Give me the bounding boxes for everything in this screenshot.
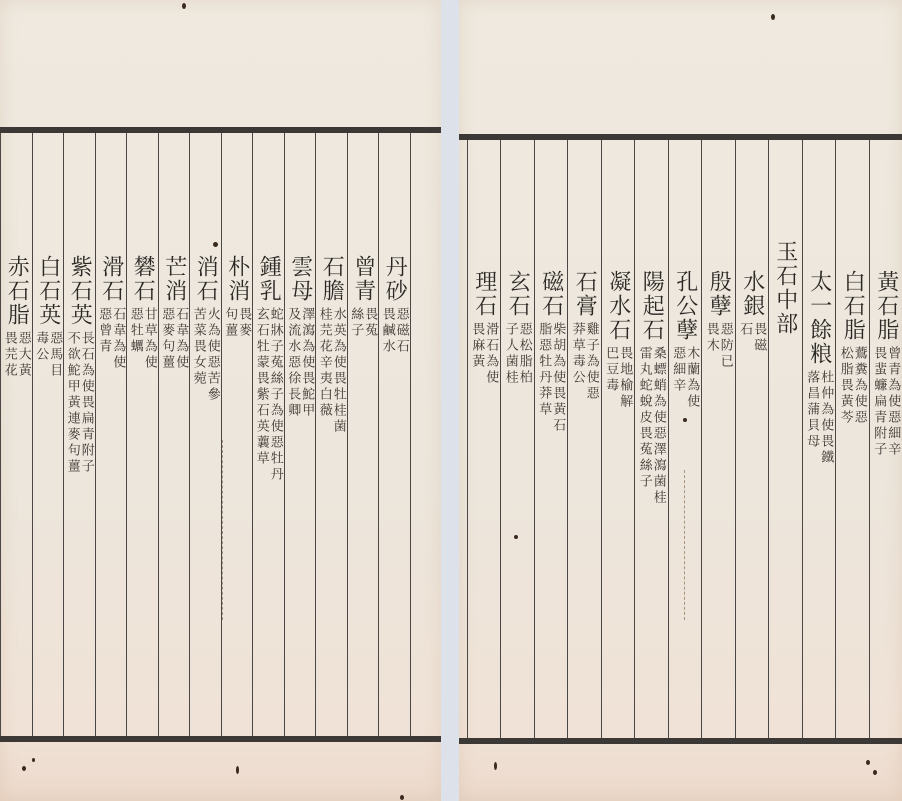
entry-annotation: 石韋為使惡曾青 <box>97 307 124 371</box>
annotation-line: 子人菌桂 <box>504 322 517 386</box>
entry-name: 紫石英 <box>68 255 90 327</box>
left-page: 丹砂惡磁石畏鹹水曾青畏菟絲子石膽水英為使畏牡桂菌桂芫花辛夷白薇雲母澤瀉為使畏鮀甲… <box>0 0 441 801</box>
materia-medica-entry: 石膏雞子為使惡莽草毒公 <box>571 270 598 402</box>
materia-medica-entry: 丹砂惡磁石畏鹹水 <box>381 255 408 355</box>
annotation-line: 絲子 <box>349 307 362 339</box>
text-column: 白石英惡馬目毒公 <box>32 133 64 736</box>
text-column: 滑石石韋為使惡曾青 <box>95 133 127 736</box>
annotation-line: 惡馬目 <box>48 331 61 379</box>
entry-name: 赤石脂 <box>5 255 27 327</box>
materia-medica-entry: 凝水石畏地榆解巴豆毒 <box>604 270 631 410</box>
entry-name: 丹砂 <box>383 255 405 303</box>
text-column: 磁石柴胡為使畏黃石脂惡牡丹莽草 <box>534 140 568 738</box>
annotation-line: 惡麥句薑 <box>160 307 173 371</box>
entry-annotation: 木蘭為使惡細辛 <box>671 346 698 410</box>
annotation-line: 惡曾青 <box>97 307 110 371</box>
annotation-line: 畏木 <box>705 322 718 370</box>
text-column: 赤石脂惡大黃畏芫花 <box>0 133 32 736</box>
right-page-frame: 黃石脂曾青為使惡細辛畏蜚蠊扁青附子白石脂鷰糞為使惡松脂畏黃芩太一餘粮杜仲為使畏鐵… <box>459 134 902 744</box>
entry-name: 孔公孽 <box>674 270 696 342</box>
annotation-line: 澤瀉為使畏鮀甲 <box>300 307 313 419</box>
entry-annotation: 惡大黃畏芫花 <box>3 331 30 379</box>
materia-medica-entry: 消石火為使惡苦參苦菜畏女菀 <box>192 255 219 403</box>
entry-annotation: 畏地榆解巴豆毒 <box>604 346 631 410</box>
entry-name: 石膽 <box>320 255 342 303</box>
annotation-line: 甘草為使 <box>143 307 156 371</box>
annotation-line: 畏菟 <box>363 307 376 339</box>
entry-annotation: 惡馬目毒公 <box>34 331 61 379</box>
materia-medica-entry: 赤石脂惡大黃畏芫花 <box>3 255 30 379</box>
entry-name: 石膏 <box>573 270 595 318</box>
text-column: 太一餘粮杜仲為使畏鐵落昌蒲貝母 <box>802 140 836 738</box>
ink-spot <box>32 758 35 762</box>
entry-name: 玄石 <box>506 270 528 318</box>
annotation-line: 蛇牀子菟絲子為使惡牡丹 <box>269 307 282 483</box>
annotation-line: 及流水惡徐長卿 <box>286 307 299 419</box>
materia-medica-entry: 水銀畏磁石 <box>738 270 765 354</box>
book-gutter <box>441 0 459 801</box>
annotation-line: 長石為使畏扁青附子 <box>80 331 93 475</box>
annotation-line: 毒公 <box>34 331 47 379</box>
entry-annotation: 雞子為使惡莽草毒公 <box>571 322 598 402</box>
text-column: 芒消石韋為使惡麥句薑 <box>158 133 190 736</box>
ink-spot <box>22 766 26 771</box>
entry-annotation: 畏磁石 <box>738 322 765 354</box>
annotation-line: 木蘭為使 <box>685 346 698 410</box>
annotation-line: 畏麻黃 <box>470 322 483 386</box>
text-column: 玄石惡松脂柏子人菌桂 <box>500 140 534 738</box>
annotation-line: 松脂畏黃芩 <box>839 346 852 426</box>
left-page-frame: 丹砂惡磁石畏鹹水曾青畏菟絲子石膽水英為使畏牡桂菌桂芫花辛夷白薇雲母澤瀉為使畏鮀甲… <box>0 127 441 742</box>
entry-name: 滑石 <box>100 255 122 303</box>
annotation-line: 石 <box>738 322 751 354</box>
ink-spot <box>213 242 218 247</box>
entry-annotation: 惡防已畏木 <box>705 322 732 370</box>
entry-annotation: 杜仲為使畏鐵落昌蒲貝母 <box>805 370 832 466</box>
materia-medica-entry: 石膽水英為使畏牡桂菌桂芫花辛夷白薇 <box>318 255 345 435</box>
annotation-line: 柴胡為使畏黃石 <box>551 322 564 434</box>
ink-spot <box>866 760 870 765</box>
materia-medica-entry: 白石英惡馬目毒公 <box>34 255 61 379</box>
entry-name: 太一餘粮 <box>808 270 830 366</box>
ink-spot <box>771 14 775 20</box>
entry-name: 殷孽 <box>707 270 729 318</box>
annotation-line: 不欲鮀甲黃連麥句薑 <box>66 331 79 475</box>
entry-name: 黃石脂 <box>875 270 897 342</box>
text-column: 玉石中部 <box>768 140 802 738</box>
annotation-line: 畏芫花 <box>3 331 16 379</box>
annotation-line: 滑石為使 <box>484 322 497 386</box>
entry-name: 白石英 <box>37 255 59 327</box>
entry-name: 陽起石 <box>640 270 662 342</box>
text-column: 紫石英長石為使畏扁青附子不欲鮀甲黃連麥句薑 <box>63 133 95 736</box>
ink-spot <box>514 535 518 539</box>
text-column: 黃石脂曾青為使惡細辛畏蜚蠊扁青附子 <box>869 140 902 738</box>
entry-name: 水銀 <box>741 270 763 318</box>
text-column: 礬石甘草為使惡牡蠣 <box>126 133 158 736</box>
ink-spot <box>182 3 186 9</box>
materia-medica-entry: 孔公孽木蘭為使惡細辛 <box>671 270 698 410</box>
annotation-line: 落昌蒲貝母 <box>805 370 818 466</box>
annotation-line: 雷丸蛇蛻皮畏菟絲子 <box>638 346 651 506</box>
entry-annotation: 桑螵蛸為使惡澤瀉菌桂雷丸蛇蛻皮畏菟絲子 <box>638 346 665 506</box>
paper-crack <box>222 440 223 620</box>
annotation-line: 畏地榆解 <box>618 346 631 410</box>
entry-annotation: 水英為使畏牡桂菌桂芫花辛夷白薇 <box>318 307 345 435</box>
annotation-line: 石韋為使 <box>174 307 187 371</box>
annotation-line: 惡大黃 <box>17 331 30 379</box>
annotation-line: 畏蜚蠊扁青附子 <box>872 346 885 458</box>
entry-annotation: 鷰糞為使惡松脂畏黃芩 <box>839 346 866 426</box>
entry-annotation: 蛇牀子菟絲子為使惡牡丹玄石牡蒙畏紫石英蘘草 <box>255 307 282 483</box>
materia-medica-entry: 玄石惡松脂柏子人菌桂 <box>504 270 531 386</box>
left-page-columns: 丹砂惡磁石畏鹹水曾青畏菟絲子石膽水英為使畏牡桂菌桂芫花辛夷白薇雲母澤瀉為使畏鮀甲… <box>0 133 441 736</box>
materia-medica-entry: 礬石甘草為使惡牡蠣 <box>129 255 156 371</box>
annotation-line: 苦菜畏女菀 <box>192 307 205 403</box>
text-column: 孔公孽木蘭為使惡細辛 <box>668 140 702 738</box>
annotation-line: 脂惡牡丹莽草 <box>537 322 550 434</box>
entry-annotation: 甘草為使惡牡蠣 <box>129 307 156 371</box>
annotation-line: 句薑 <box>223 307 236 339</box>
annotation-line: 惡細辛 <box>671 346 684 410</box>
text-column: 凝水石畏地榆解巴豆毒 <box>601 140 635 738</box>
ink-spot <box>873 770 877 775</box>
entry-name: 雲母 <box>289 255 311 303</box>
text-column: 理石滑石為使畏麻黃 <box>467 140 501 738</box>
entry-name: 曾青 <box>352 255 374 303</box>
annotation-line: 鷰糞為使惡 <box>853 346 866 426</box>
entry-name: 礬石 <box>131 255 153 303</box>
text-column: 曾青畏菟絲子 <box>347 133 379 736</box>
annotation-line: 莽草毒公 <box>571 322 584 402</box>
entry-annotation: 畏麥句薑 <box>223 307 250 339</box>
text-column: 朴消畏麥句薑 <box>221 133 253 736</box>
materia-medica-entry: 黃石脂曾青為使惡細辛畏蜚蠊扁青附子 <box>872 270 899 458</box>
materia-medica-entry: 紫石英長石為使畏扁青附子不欲鮀甲黃連麥句薑 <box>66 255 93 475</box>
ink-spot <box>494 762 497 770</box>
annotation-line: 曾青為使惡細辛 <box>886 346 899 458</box>
annotation-line: 畏磁 <box>752 322 765 354</box>
entry-annotation: 惡磁石畏鹹水 <box>381 307 408 355</box>
materia-medica-entry: 磁石柴胡為使畏黃石脂惡牡丹莽草 <box>537 270 564 434</box>
text-column: 石膽水英為使畏牡桂菌桂芫花辛夷白薇 <box>315 133 347 736</box>
ink-spot <box>683 418 687 422</box>
text-column: 白石脂鷰糞為使惡松脂畏黃芩 <box>835 140 869 738</box>
entry-annotation: 惡松脂柏子人菌桂 <box>504 322 531 386</box>
section-heading: 玉石中部 <box>770 240 801 336</box>
annotation-line: 惡牡蠣 <box>129 307 142 371</box>
materia-medica-entry: 陽起石桑螵蛸為使惡澤瀉菌桂雷丸蛇蛻皮畏菟絲子 <box>638 270 665 506</box>
text-column: 殷孽惡防已畏木 <box>701 140 735 738</box>
text-column: 陽起石桑螵蛸為使惡澤瀉菌桂雷丸蛇蛻皮畏菟絲子 <box>634 140 668 738</box>
right-page: 黃石脂曾青為使惡細辛畏蜚蠊扁青附子白石脂鷰糞為使惡松脂畏黃芩太一餘粮杜仲為使畏鐵… <box>459 0 902 801</box>
text-column: 石膏雞子為使惡莽草毒公 <box>567 140 601 738</box>
annotation-line: 惡磁石 <box>395 307 408 355</box>
materia-medica-entry: 太一餘粮杜仲為使畏鐵落昌蒲貝母 <box>805 270 832 466</box>
ink-spot <box>236 766 239 774</box>
entry-name: 消石 <box>194 255 216 303</box>
text-column: 鍾乳蛇牀子菟絲子為使惡牡丹玄石牡蒙畏紫石英蘘草 <box>252 133 284 736</box>
entry-annotation: 火為使惡苦參苦菜畏女菀 <box>192 307 219 403</box>
entry-annotation: 長石為使畏扁青附子不欲鮀甲黃連麥句薑 <box>66 331 93 475</box>
annotation-line: 畏麥 <box>237 307 250 339</box>
text-column: 水銀畏磁石 <box>735 140 769 738</box>
materia-medica-entry: 曾青畏菟絲子 <box>349 255 376 339</box>
materia-medica-entry: 芒消石韋為使惡麥句薑 <box>160 255 187 371</box>
annotation-line: 杜仲為使畏鐵 <box>819 370 832 466</box>
annotation-line: 畏鹹水 <box>381 307 394 355</box>
entry-name: 芒消 <box>163 255 185 303</box>
annotation-line: 玄石牡蒙畏紫石英蘘草 <box>255 307 268 483</box>
annotation-line: 惡防已 <box>719 322 732 370</box>
materia-medica-entry: 鍾乳蛇牀子菟絲子為使惡牡丹玄石牡蒙畏紫石英蘘草 <box>255 255 282 483</box>
paper-crack <box>684 470 685 620</box>
entry-name: 凝水石 <box>607 270 629 342</box>
annotation-line: 桂芫花辛夷白薇 <box>318 307 331 435</box>
entry-annotation: 澤瀉為使畏鮀甲及流水惡徐長卿 <box>286 307 313 419</box>
materia-medica-entry: 白石脂鷰糞為使惡松脂畏黃芩 <box>839 270 866 426</box>
text-column: 丹砂惡磁石畏鹹水 <box>378 133 410 736</box>
entry-name: 白石脂 <box>841 270 863 342</box>
text-column <box>410 133 442 736</box>
entry-name: 磁石 <box>540 270 562 318</box>
ink-spot <box>400 795 404 800</box>
materia-medica-entry: 朴消畏麥句薑 <box>223 255 250 339</box>
materia-medica-entry: 理石滑石為使畏麻黃 <box>470 270 497 386</box>
right-page-columns: 黃石脂曾青為使惡細辛畏蜚蠊扁青附子白石脂鷰糞為使惡松脂畏黃芩太一餘粮杜仲為使畏鐵… <box>459 140 902 738</box>
entry-annotation: 柴胡為使畏黃石脂惡牡丹莽草 <box>537 322 564 434</box>
entry-name: 朴消 <box>226 255 248 303</box>
text-column: 消石火為使惡苦參苦菜畏女菀 <box>189 133 221 736</box>
annotation-line: 石韋為使 <box>111 307 124 371</box>
entry-annotation: 石韋為使惡麥句薑 <box>160 307 187 371</box>
annotation-line: 火為使惡苦參 <box>206 307 219 403</box>
entry-annotation: 滑石為使畏麻黃 <box>470 322 497 386</box>
entry-name: 理石 <box>473 270 495 318</box>
annotation-line: 水英為使畏牡桂菌 <box>332 307 345 435</box>
annotation-line: 巴豆毒 <box>604 346 617 410</box>
annotation-line: 雞子為使惡 <box>585 322 598 402</box>
entry-annotation: 畏菟絲子 <box>349 307 376 339</box>
entry-name: 鍾乳 <box>257 255 279 303</box>
materia-medica-entry: 滑石石韋為使惡曾青 <box>97 255 124 371</box>
materia-medica-entry: 殷孽惡防已畏木 <box>705 270 732 370</box>
materia-medica-entry: 雲母澤瀉為使畏鮀甲及流水惡徐長卿 <box>286 255 313 419</box>
entry-annotation: 曾青為使惡細辛畏蜚蠊扁青附子 <box>872 346 899 458</box>
text-column: 雲母澤瀉為使畏鮀甲及流水惡徐長卿 <box>284 133 316 736</box>
annotation-line: 桑螵蛸為使惡澤瀉菌桂 <box>652 346 665 506</box>
annotation-line: 惡松脂柏 <box>518 322 531 386</box>
